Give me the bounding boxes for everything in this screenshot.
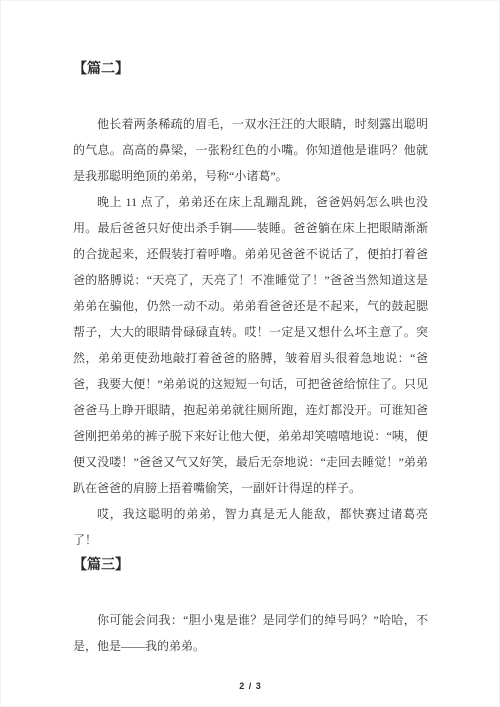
paragraph-bedtime-story: 晚上 11 点了，弟弟还在床上乱蹦乱跳，爸爸妈妈怎么哄也没用。最后爸爸只好使出杀… [73,189,428,501]
paragraph-brother-description: 他长着两条稀疏的眉毛，一双水汪汪的大眼睛，时刻露出聪明的气息。高高的鼻梁，一张粉… [73,111,428,189]
section-heading-pian-3: 【篇三】 [73,553,428,579]
section-heading-pian-2: 【篇二】 [73,57,428,83]
document-page: 【篇二】 他长着两条稀疏的眉毛，一双水汪汪的大眼睛，时刻露出聪明的气息。高高的鼻… [0,0,500,707]
page-number: 2 / 3 [73,673,428,699]
paragraph-conclusion-pian-2: 哎，我这聪明的弟弟，智力真是无人能敌，都快赛过诸葛亮了！ [73,501,428,553]
paragraph-intro-pian-3: 你可能会问我：“胆小鬼是谁？是同学们的绰号吗？”哈哈，不是，他是——我的弟弟。 [73,607,428,659]
document-content: 【篇二】 他长着两条稀疏的眉毛，一双水汪汪的大眼睛，时刻露出聪明的气息。高高的鼻… [1,1,499,699]
